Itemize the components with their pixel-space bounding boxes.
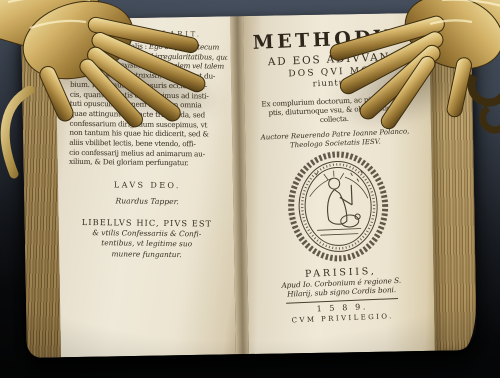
author-statement: Auctore Reuerendo Patre Ioanne Polanco, … [250,127,420,152]
text-segment: Ego dispenso tecum [149,42,219,52]
laus-deo-line: LAVS DEO. [69,180,226,191]
left-page-text: DE IRREGVLARIT. regularitate, est talis … [68,29,228,261]
open-book: DE IRREGVLARIT. regularitate, est talis … [21,12,477,358]
subtitle: Ex complurium doctorum, ac piorum scri- … [249,93,420,127]
colophon: LIBELLVS HIC, PIVS EST & vtilis Confessa… [68,217,226,261]
text-segment: causam : vel si contraxisti, [70,70,162,80]
text-line: xilium, & Dei gloriam perfungatur. [69,157,226,169]
title-page-text: METHODVS AD EOS ADIVVAN- DOS QVI MO- riu… [246,25,428,326]
running-header: DE IRREGVLARIT. [71,29,228,39]
text-segment: quando est du- [162,71,216,81]
title-main: METHODVS [246,25,417,54]
fore-edge-page-block [429,12,477,351]
left-page: DE IRREGVLARIT. regularitate, est talis … [55,16,236,357]
printers-device-emblem [284,149,393,263]
author-signature: Ruardus Tapper. [69,196,226,207]
photo-antique-book-scene: DE IRREGVLARIT. regularitate, est talis … [0,0,500,378]
left-page-body: regularitate, est talis : Ego dispenso t… [69,41,228,169]
title-page: METHODVS AD EOS ADIVVAN- DOS QVI MO- riu… [243,13,435,354]
text-line: munere fungantur. [68,248,225,260]
text-segment: regularitate, est talis : [70,41,149,51]
